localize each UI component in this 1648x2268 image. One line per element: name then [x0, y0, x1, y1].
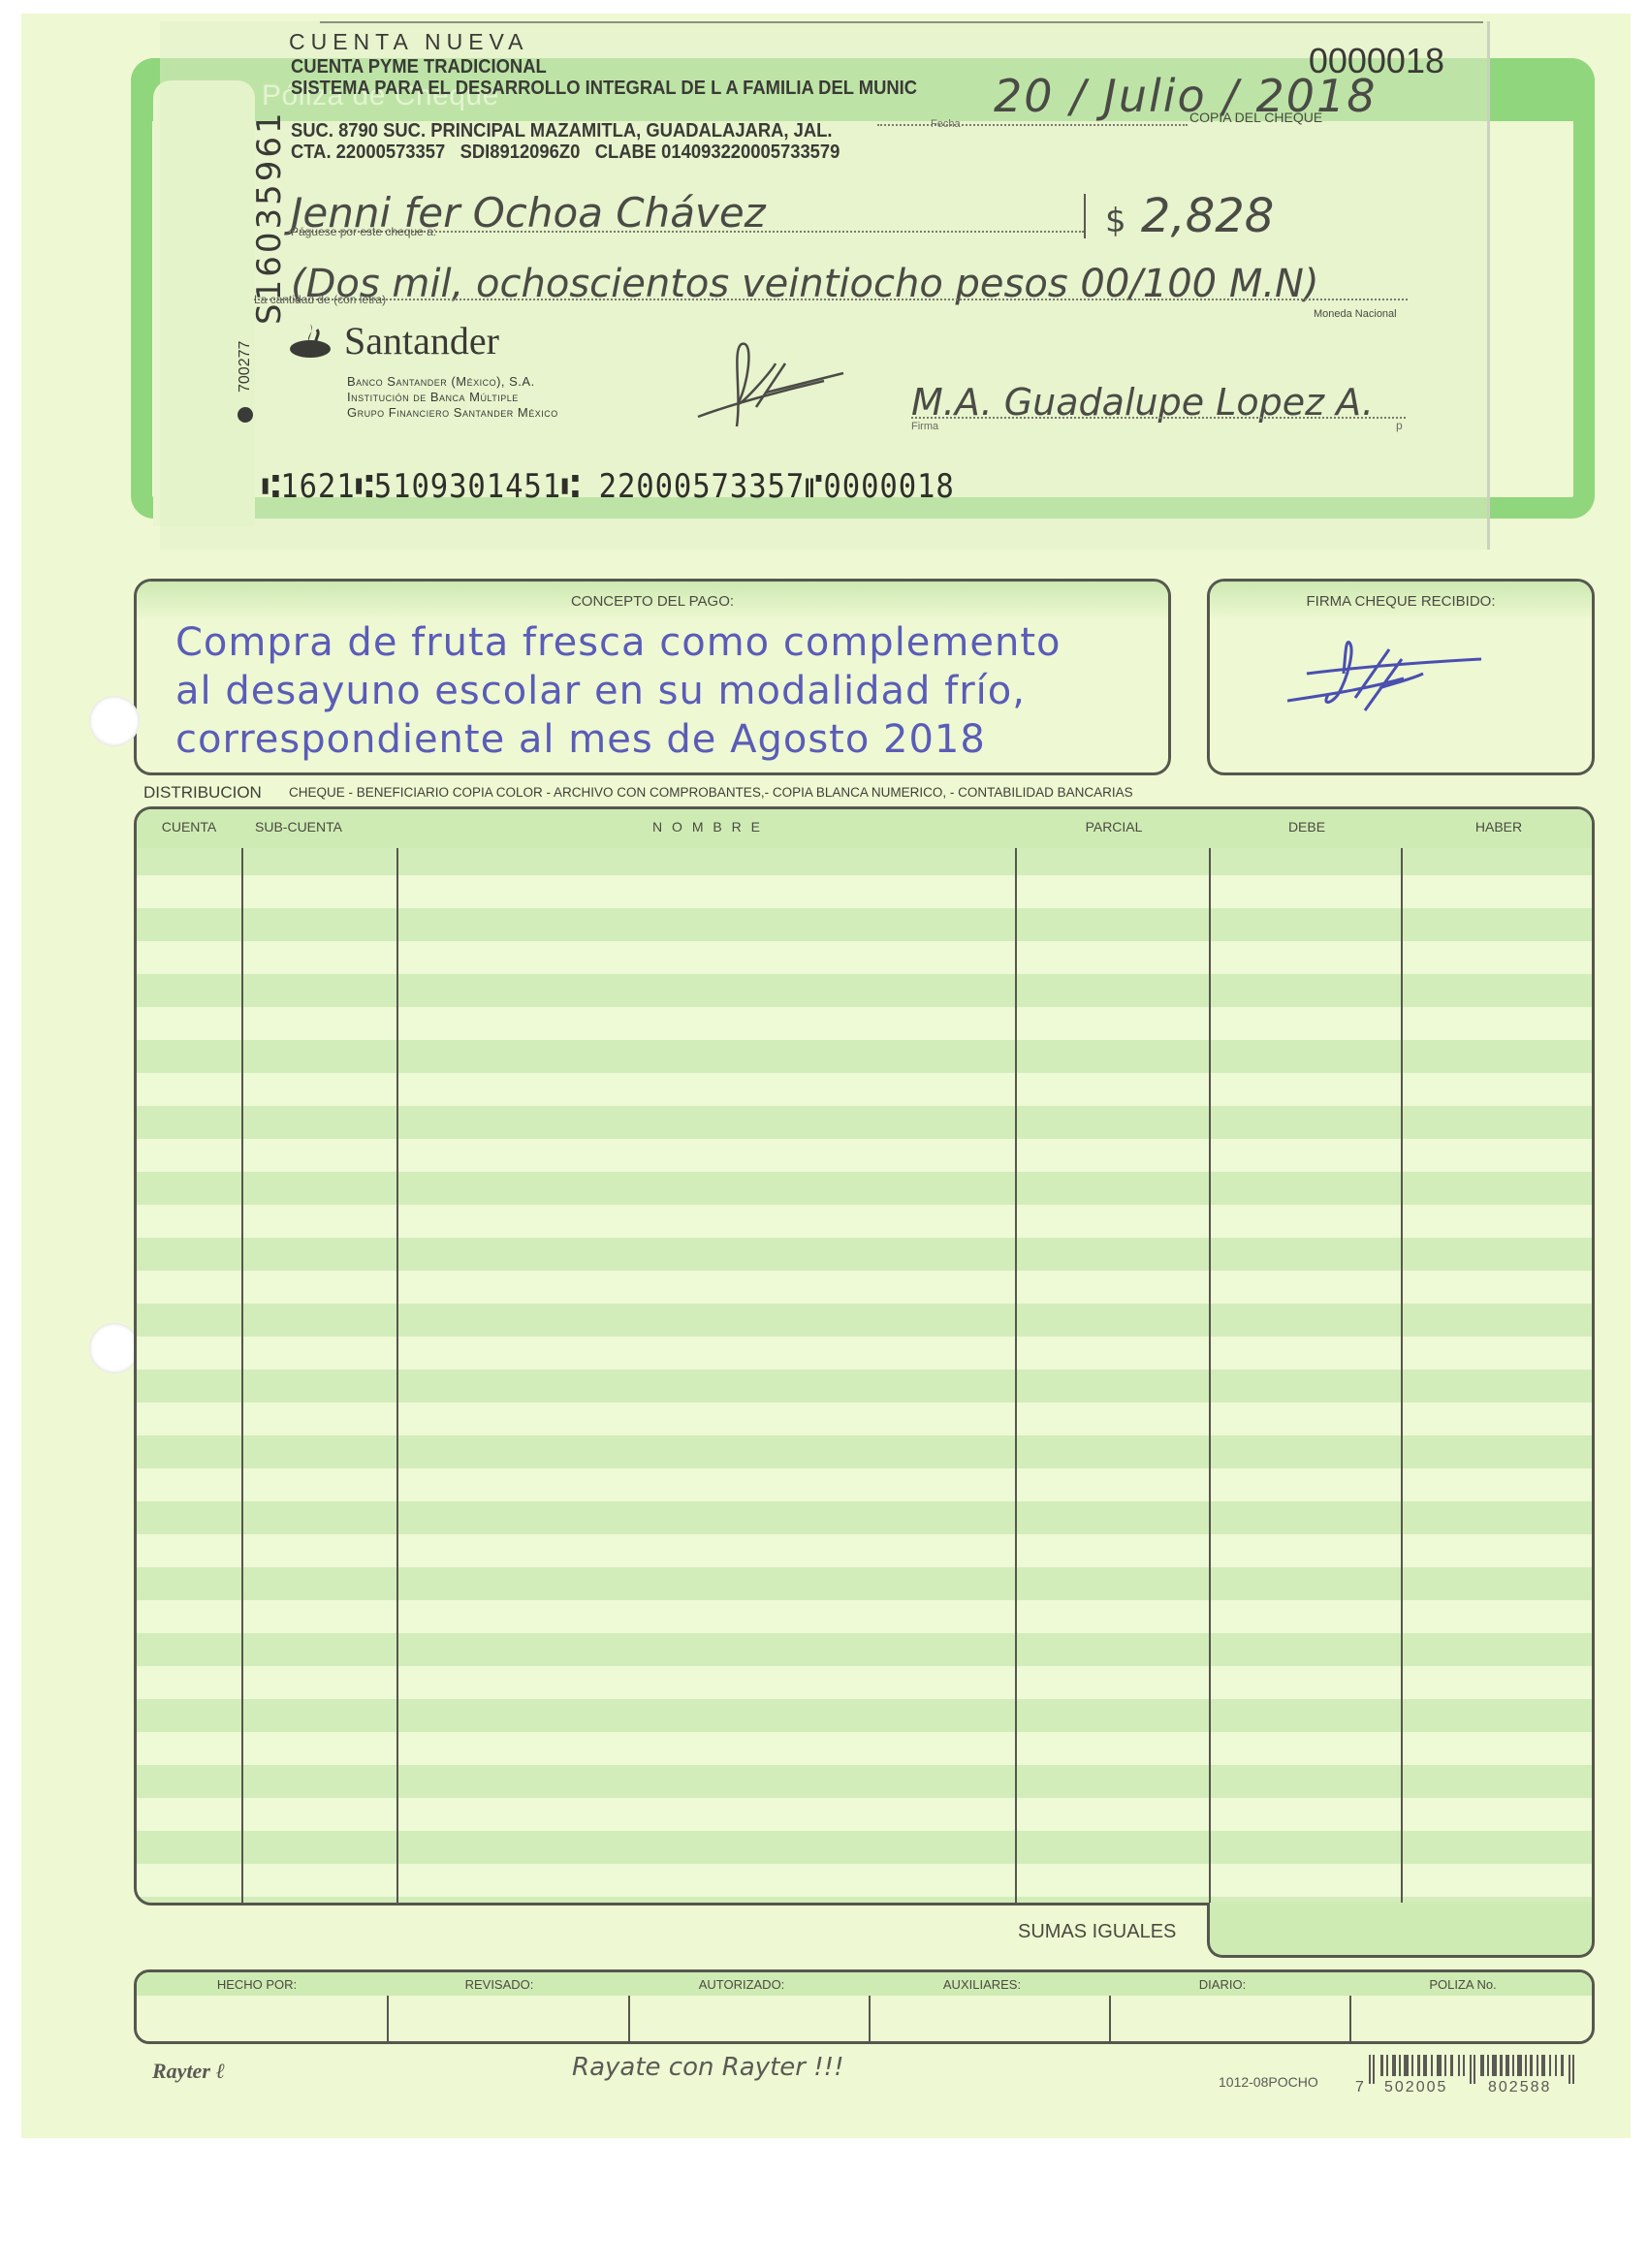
signoff-divider: [628, 1996, 630, 2041]
signoff-divider: [1349, 1996, 1351, 2041]
signoff-hecho-por: HECHO POR:: [137, 1977, 377, 1992]
sumas-iguales-label: SUMAS IGUALES: [1018, 1921, 1176, 1943]
col-haber: HABER: [1403, 819, 1595, 835]
signoff-divider: [387, 1996, 389, 2041]
col-subcuenta: SUB-CUENTA: [245, 819, 352, 835]
col-cuenta: CUENTA: [137, 819, 241, 835]
bank-name: Santander: [344, 318, 499, 363]
brand-name: Rayter: [152, 2059, 210, 2083]
signoff-poliza-no: POLIZA No.: [1343, 1977, 1583, 1992]
signoff-divider: [869, 1996, 871, 2041]
concepto-box: CONCEPTO DEL PAGO: Compra de fruta fresc…: [134, 579, 1171, 775]
currency-label: Moneda Nacional: [1314, 308, 1397, 320]
micr-line: ⑆1621⑆5109301451⑆ 22000573357⑈0000018: [262, 467, 955, 506]
ledger-table: CUENTA SUB-CUENTA N O M B R E PARCIAL DE…: [134, 806, 1595, 1906]
distribucion-label: DISTRIBUCION: [143, 783, 262, 803]
signoff-revisado: REVISADO:: [379, 1977, 619, 1992]
signoff-table: HECHO POR: REVISADO: AUTORIZADO: AUXILIA…: [134, 1969, 1595, 2044]
small-bank-logo-icon: [238, 407, 253, 423]
cheque-top-edge: [320, 21, 1483, 23]
concepto-line-2: al desayuno escolar en su modalidad frío…: [175, 667, 1145, 715]
col-divider: [1401, 848, 1403, 1903]
cheque-product: CUENTA NUEVA: [289, 29, 529, 55]
firma-recibido-box[interactable]: FIRMA CHEQUE RECIBIDO:: [1207, 579, 1595, 775]
distribucion-note: CHEQUE - BENEFICIARIO COPIA COLOR - ARCH…: [289, 785, 1133, 800]
date-line: [877, 124, 1188, 126]
bank-line-3: Grupo Financiero Santander México: [347, 405, 558, 420]
amount-divider: [1084, 194, 1086, 238]
p-mark: p: [1396, 419, 1403, 432]
cheque-branch: SUC. 8790 SUC. PRINCIPAL MAZAMITLA, GUAD…: [291, 120, 833, 142]
side-code: 700277: [237, 341, 254, 393]
barcode-digit-prefix: 7: [1355, 2079, 1366, 2096]
signoff-autorizado: AUTORIZADO:: [621, 1977, 862, 1992]
amount: $ 2,828: [1105, 189, 1274, 243]
payee-label: Páguese por este cheque a:: [291, 225, 436, 238]
signoff-auxiliares: AUXILIARES:: [862, 1977, 1102, 1992]
drawer-signature-1: [679, 334, 863, 436]
concepto-line-1: Compra de fruta fresca como complemento: [175, 618, 1145, 667]
concepto-line-3: correspondiente al mes de Agosto 2018: [175, 715, 1145, 764]
brand-logo: Rayter ℓ: [152, 2059, 225, 2084]
concepto-label: CONCEPTO DEL PAGO:: [137, 593, 1168, 610]
amount-words-line: [254, 299, 1408, 300]
bank-line-1: Banco Santander (México), S.A.: [347, 374, 535, 389]
bank-line-2: Institución de Banca Múltiple: [347, 390, 519, 404]
receiver-signature: [1287, 635, 1501, 732]
col-divider: [1209, 848, 1211, 1903]
signoff-diario: DIARIO:: [1102, 1977, 1343, 1992]
currency-symbol: $: [1105, 202, 1126, 240]
amount-words-label: La cantidad de (con letra): [254, 293, 386, 306]
signature-label: Firma: [911, 421, 938, 432]
punch-hole-bottom: [89, 1323, 140, 1373]
col-debe: DEBE: [1211, 819, 1403, 835]
punch-hole-top: [89, 696, 140, 746]
cheque-holder: SISTEMA PARA EL DESARROLLO INTEGRAL DE L…: [291, 78, 917, 100]
cheque-account-line: CTA. 22000573357 SDI8912096Z0 CLABE 0140…: [291, 142, 840, 164]
copy-label: COPIA DEL CHEQUE: [1189, 110, 1322, 125]
santander-flame-icon: [288, 320, 333, 359]
signature-line: [911, 417, 1406, 419]
barcode-digits-left: 502005: [1384, 2079, 1447, 2096]
firma-recibido-label: FIRMA CHEQUE RECIBIDO:: [1210, 593, 1592, 610]
col-parcial: PARCIAL: [1017, 819, 1211, 835]
brand-slogan: Rayate con Rayter !!!: [572, 2053, 844, 2082]
pen-icon: ℓ: [215, 2059, 224, 2083]
barcode-digits-right: 802588: [1488, 2079, 1551, 2096]
concepto-text[interactable]: Compra de fruta fresca como complemento …: [175, 618, 1145, 764]
amount-value: 2,828: [1141, 189, 1274, 243]
cheque-account-type: CUENTA PYME TRADICIONAL: [291, 56, 547, 79]
col-divider: [241, 848, 243, 1903]
col-divider: [1015, 848, 1017, 1903]
sumas-iguales-box[interactable]: [1207, 1903, 1595, 1958]
signoff-divider: [1109, 1996, 1111, 2041]
col-divider: [396, 848, 398, 1903]
col-nombre: N O M B R E: [398, 819, 1017, 835]
form-code: 1012-08POCHO: [1219, 2074, 1318, 2090]
